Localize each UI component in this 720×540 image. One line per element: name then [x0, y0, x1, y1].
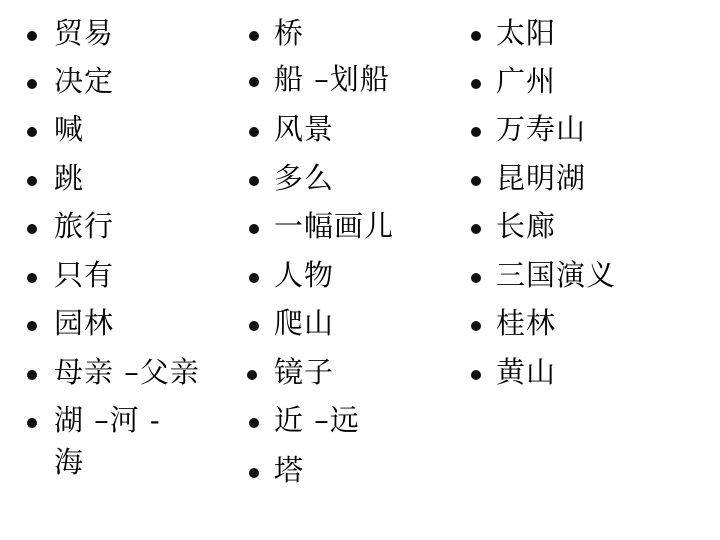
list-item-text: 旅行	[54, 208, 114, 244]
list-item-text: 多么	[274, 160, 334, 196]
list-item-text: 万寿山	[496, 111, 586, 147]
list-item-text: 一幅画儿	[274, 208, 394, 244]
bullet-icon	[27, 127, 37, 137]
list-item-text: 船 –划船	[274, 61, 390, 97]
list-item-text: 贸易	[54, 15, 114, 51]
bullet-icon	[471, 31, 481, 41]
list-item-text: 镜子	[274, 354, 334, 390]
bullet-icon	[27, 321, 37, 331]
list-item-text: 太阳	[496, 15, 556, 51]
list-item-text-continuation: 海	[54, 444, 84, 480]
bullet-icon	[249, 418, 259, 428]
list-item-text: 湖 –河 -	[54, 402, 161, 438]
bullet-icon	[471, 79, 481, 89]
bullet-icon	[249, 224, 259, 234]
bullet-icon	[249, 176, 259, 186]
list-item-text: 三国演义	[496, 257, 616, 293]
bullet-icon	[27, 176, 37, 186]
list-item-text: 人物	[274, 257, 334, 293]
bullet-icon	[471, 321, 481, 331]
bullet-icon	[249, 77, 259, 87]
bullet-icon	[471, 370, 481, 380]
bullet-icon	[249, 273, 259, 283]
bullet-icon	[249, 31, 259, 41]
list-item-text: 爬山	[274, 305, 334, 341]
list-item-text: 母亲 –父亲	[54, 354, 200, 390]
list-item-text: 广州	[496, 63, 556, 99]
list-item-text: 塔	[274, 452, 304, 488]
bullet-icon	[249, 321, 259, 331]
list-item-text: 只有	[54, 257, 114, 293]
list-item-text: 昆明湖	[496, 160, 586, 196]
list-item-text: 风景	[274, 111, 334, 147]
list-item-text: 决定	[54, 63, 114, 99]
list-item-text: 跳	[54, 160, 84, 196]
bullet-icon	[471, 127, 481, 137]
bullet-icon	[249, 127, 259, 137]
list-item-text: 桥	[274, 15, 304, 51]
bullet-icon	[249, 468, 259, 478]
bullet-icon	[27, 370, 37, 380]
list-item-text: 黄山	[496, 354, 556, 390]
list-item-text: 近 –远	[274, 402, 360, 438]
bullet-icon	[471, 273, 481, 283]
bullet-icon	[27, 418, 37, 428]
list-item-text: 园林	[54, 305, 114, 341]
bullet-icon	[247, 370, 257, 380]
bullet-icon	[27, 273, 37, 283]
list-item-text: 长廊	[496, 208, 556, 244]
bullet-icon	[471, 176, 481, 186]
bullet-icon	[27, 79, 37, 89]
list-item-text: 桂林	[496, 305, 556, 341]
bullet-icon	[27, 224, 37, 234]
list-item-text: 喊	[54, 111, 84, 147]
bullet-icon	[471, 224, 481, 234]
bullet-icon	[27, 31, 37, 41]
